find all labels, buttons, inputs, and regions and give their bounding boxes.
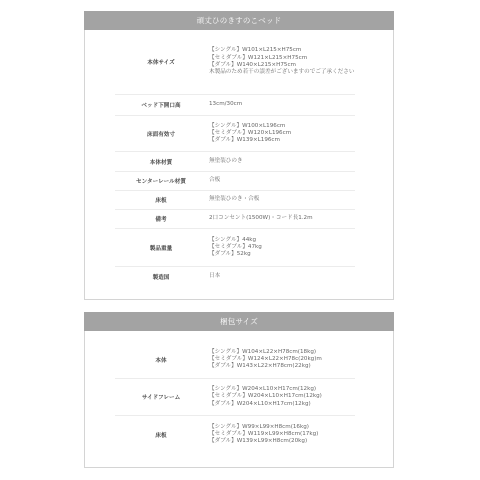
row-label: 本体 [115, 356, 207, 364]
row-label: 本体材質 [115, 158, 207, 166]
row-label: 備考 [115, 215, 207, 223]
spec-row-body-size: 本体サイズ 【シングル】W101×L215×H75cm 【セミダブル】W121×… [115, 30, 355, 95]
row-value: 【シングル】W204×L10×H17cm(12kg) 【セミダブル】W204×L… [207, 386, 355, 408]
package-row-body: 本体 【シングル】W104×L22×H78cm(18kg) 【セミダブル】W12… [115, 341, 355, 379]
row-label: 製品重量 [115, 244, 207, 252]
package-table: 梱包サイズ 本体 【シングル】W104×L22×H78cm(18kg) 【セミダ… [84, 312, 394, 468]
row-value: 【シングル】W100×L196cm 【セミダブル】W120×L196cm 【ダブ… [207, 123, 355, 145]
row-label: 本体サイズ [115, 58, 207, 66]
package-table-title: 梱包サイズ [84, 312, 394, 331]
spec-row-under-bed-height: ベッド下開口高 13cm/30cm [115, 95, 355, 116]
row-value: 無塗装ひのき・合板 [207, 196, 355, 203]
spec-row-weight: 製品重量 【シングル】44kg 【セミダブル】47kg 【ダブル】52kg [115, 229, 355, 267]
package-row-floorboard: 床板 【シングル】W99×L99×H8cm(16kg) 【セミダブル】W119×… [115, 416, 355, 453]
spec-row-body-material: 本体材質 無塗装ひのき [115, 152, 355, 172]
row-value: 日本 [207, 273, 355, 280]
row-value: 【シングル】W101×L215×H75cm 【セミダブル】W121×L215×H… [207, 47, 355, 76]
row-label: ベッド下開口高 [115, 101, 207, 109]
spec-row-center-rail-material: センターレール材質 合板 [115, 172, 355, 191]
row-value: 13cm/30cm [207, 101, 355, 108]
package-rows: 本体 【シングル】W104×L22×H78cm(18kg) 【セミダブル】W12… [115, 331, 355, 453]
spec-row-country: 製造国 日本 [115, 267, 355, 287]
row-label: サイドフレーム [115, 393, 207, 401]
row-value: 合板 [207, 177, 355, 184]
row-label: 床面有効寸 [115, 130, 207, 138]
row-label: 床板 [115, 431, 207, 439]
spec-table-title: 頑丈ひのきすのこベッド [84, 11, 394, 30]
row-value: 無塗装ひのき [207, 158, 355, 165]
row-label: 床板 [115, 196, 207, 204]
row-value: 2口コンセント(1500W)・コード長1.2m [207, 215, 355, 222]
row-value: 【シングル】W99×L99×H8cm(16kg) 【セミダブル】W119×L99… [207, 424, 355, 446]
row-value: 【シングル】W104×L22×H78cm(18kg) 【セミダブル】W124×L… [207, 349, 355, 371]
row-label: 製造国 [115, 273, 207, 281]
row-value: 【シングル】44kg 【セミダブル】47kg 【ダブル】52kg [207, 237, 355, 259]
row-label: センターレール材質 [115, 177, 207, 185]
package-row-side-frame: サイドフレーム 【シングル】W204×L10×H17cm(12kg) 【セミダブ… [115, 379, 355, 416]
spec-table: 頑丈ひのきすのこベッド 本体サイズ 【シングル】W101×L215×H75cm … [84, 11, 394, 300]
spec-rows: 本体サイズ 【シングル】W101×L215×H75cm 【セミダブル】W121×… [115, 30, 355, 287]
spec-row-notes: 備考 2口コンセント(1500W)・コード長1.2m [115, 210, 355, 229]
spec-row-floor-size: 床面有効寸 【シングル】W100×L196cm 【セミダブル】W120×L196… [115, 116, 355, 152]
spec-row-floorboard: 床板 無塗装ひのき・合板 [115, 191, 355, 210]
